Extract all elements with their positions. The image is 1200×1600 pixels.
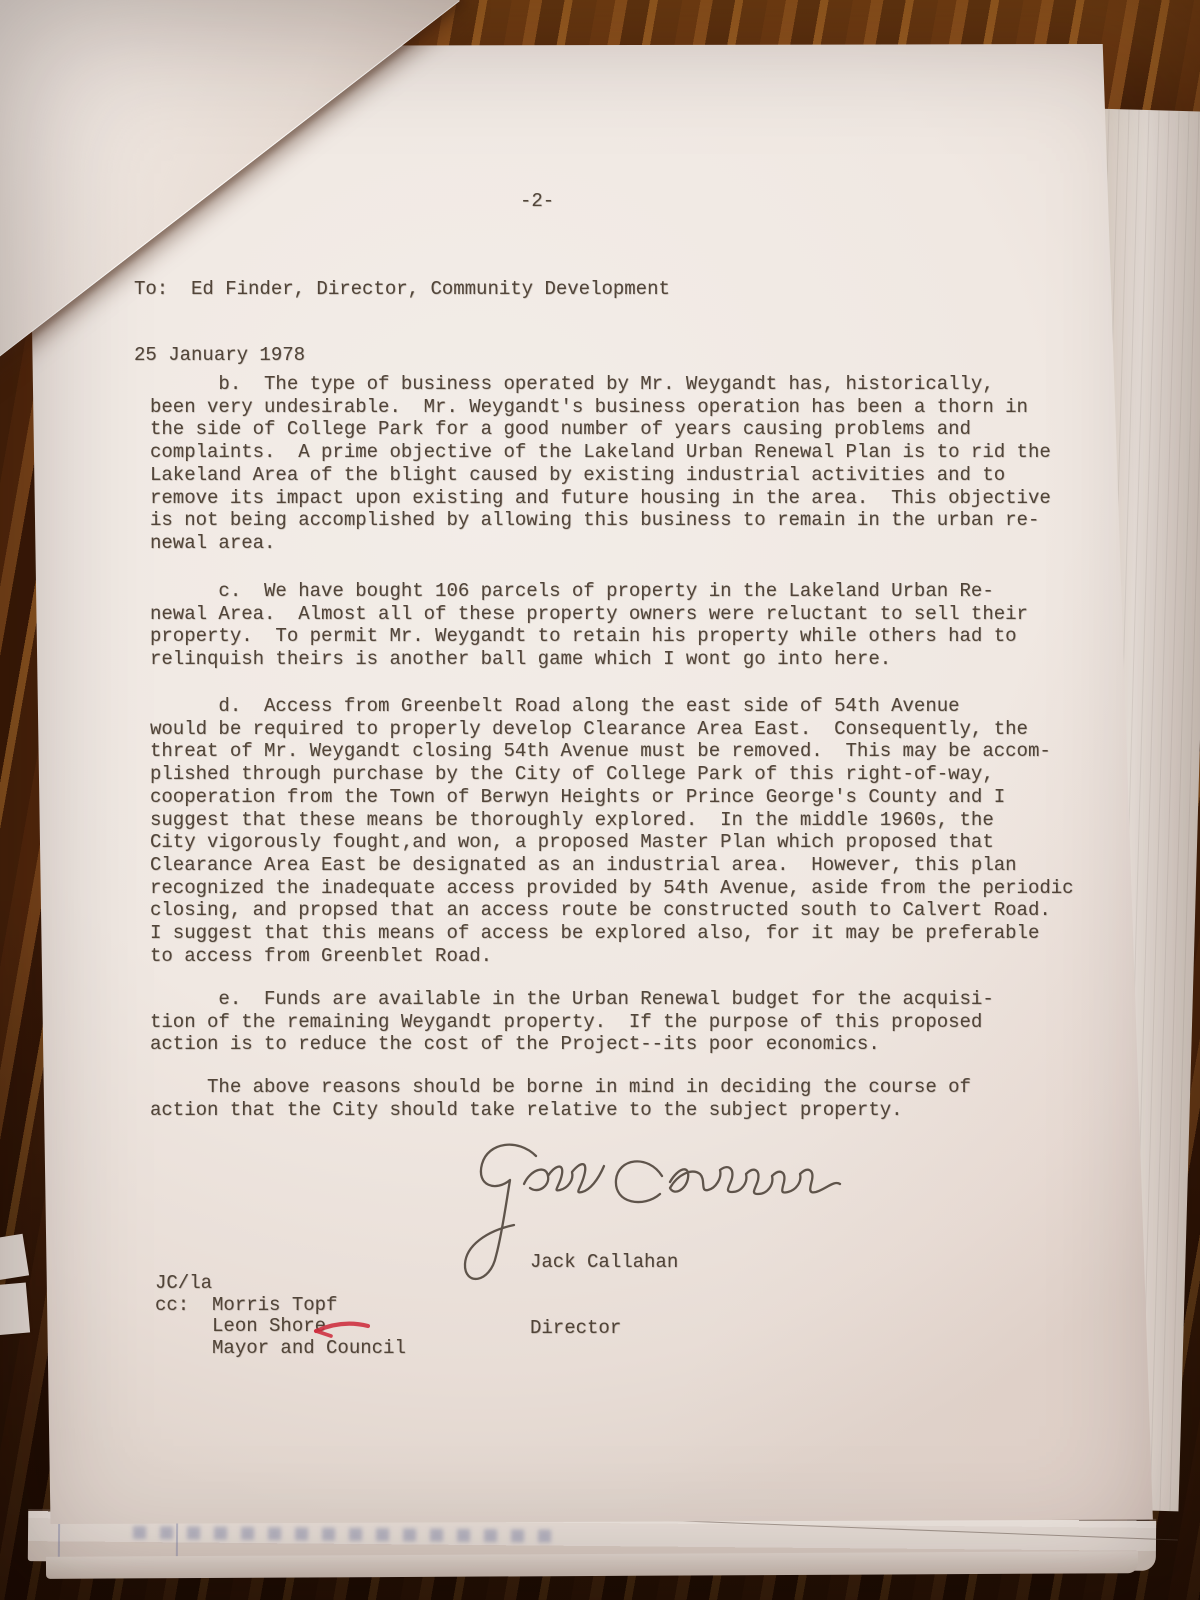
paragraph-d: d. Access from Greenbelt Road along the …	[150, 695, 1074, 967]
red-arrow-tail	[316, 1324, 368, 1331]
red-arrow-annotation	[308, 1321, 370, 1339]
signature-stroke	[524, 1164, 604, 1192]
under-sheet-corner	[0, 1283, 30, 1336]
paragraph-c: c. We have bought 106 parcels of propert…	[150, 580, 1028, 671]
header-date-line: 25 January 1978	[134, 344, 670, 366]
closing-paragraph: The above reasons should be borne in min…	[150, 1076, 971, 1121]
signature-stroke	[616, 1161, 840, 1202]
photo-frame: -2- To: Ed Finder, Director, Community D…	[0, 0, 1200, 1600]
page-number: -2-	[520, 190, 554, 213]
faint-edge-writing	[133, 1526, 563, 1543]
footer-block: JC/la cc: Morris Topf Leon Shore Mayor a…	[155, 1273, 406, 1359]
paragraph-e: e. Funds are available in the Urban Rene…	[150, 988, 994, 1056]
signer-title: Director	[530, 1317, 678, 1339]
main-page: -2- To: Ed Finder, Director, Community D…	[22, 44, 1162, 1524]
header-to-line: To: Ed Finder, Director, Community Devel…	[134, 278, 670, 300]
red-arrow-head	[316, 1331, 331, 1336]
paragraph-b: b. The type of business operated by Mr. …	[150, 373, 1051, 555]
handwritten-signature	[452, 1134, 842, 1284]
signature-stroke	[465, 1145, 536, 1279]
